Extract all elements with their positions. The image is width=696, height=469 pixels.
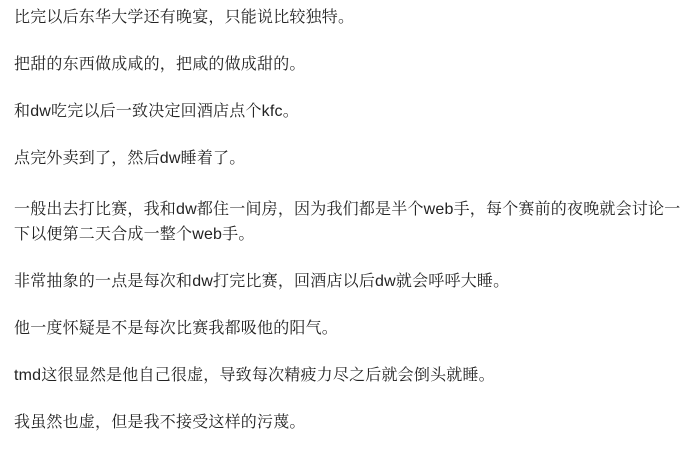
paragraph: tmd这很显然是他自己很虚，导致每次精疲力尽之后就会倒头就睡。 bbox=[14, 363, 688, 388]
article-body: 比完以后东华大学还有晚宴，只能说比较独特。 把甜的东西做成咸的，把咸的做成甜的。… bbox=[0, 0, 696, 435]
paragraph: 点完外卖到了，然后dw睡着了。 bbox=[14, 146, 688, 171]
paragraph: 把甜的东西做成咸的，把咸的做成甜的。 bbox=[14, 52, 688, 77]
paragraph: 比完以后东华大学还有晚宴，只能说比较独特。 bbox=[14, 5, 688, 30]
paragraph: 我虽然也虚，但是我不接受这样的污蔑。 bbox=[14, 410, 688, 435]
paragraph: 他一度怀疑是不是每次比赛我都吸他的阳气。 bbox=[14, 316, 688, 341]
paragraph: 一般出去打比赛，我和dw都住一间房，因为我们都是半个web手，每个赛前的夜晚就会… bbox=[14, 197, 688, 247]
paragraph: 和dw吃完以后一致决定回酒店点个kfc。 bbox=[14, 99, 688, 124]
paragraph: 非常抽象的一点是每次和dw打完比赛，回酒店以后dw就会呼呼大睡。 bbox=[14, 269, 688, 294]
